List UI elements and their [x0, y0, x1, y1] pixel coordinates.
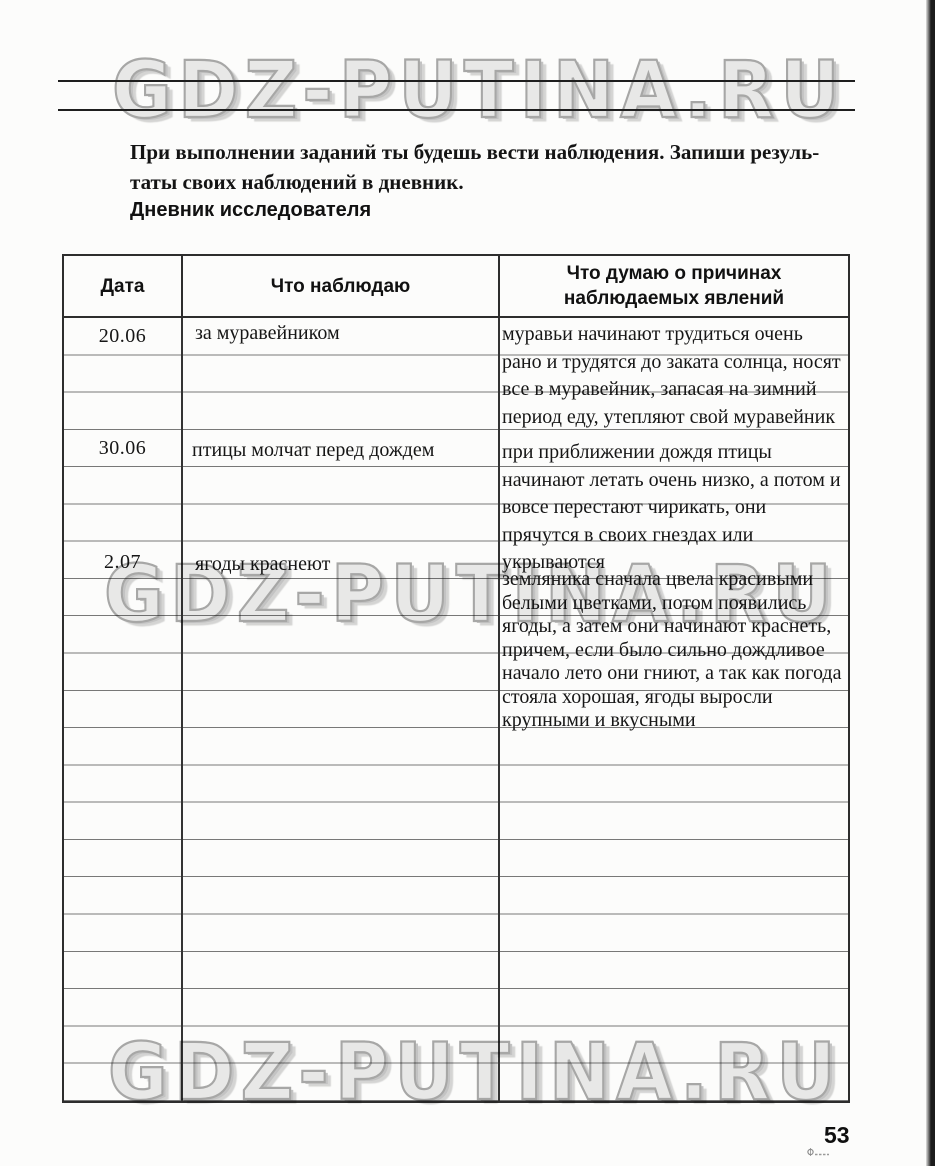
date-cell-row1: 20.06 — [64, 325, 181, 348]
table-header-row: Дата Что наблюдаю Что думаю о причинах н… — [64, 256, 848, 318]
writing-line-2 — [58, 109, 855, 111]
cause-cell-row2: при приближении дождя птицы начинают лет… — [502, 439, 846, 577]
header-cell-date: Дата — [64, 256, 183, 316]
intro-paragraph-line-1: При выполнении заданий ты будешь вести н… — [130, 137, 870, 167]
cause-cell-row3: земляника сначала цвела красивыми белыми… — [502, 568, 846, 733]
cause-cell-row1: муравьи начинают трудиться очень рано и … — [502, 321, 846, 431]
observation-cell-row2: птицы молчат перед дождем — [192, 439, 434, 462]
page-number: 53 — [824, 1122, 850, 1149]
observation-cell-row3: ягоды краснеют — [195, 553, 330, 576]
header-cell-observation: Что наблюдаю — [183, 256, 500, 316]
table-body: 20.06 за муравейником муравьи начинают т… — [64, 318, 848, 1101]
section-heading: Дневник исследователя — [130, 199, 371, 222]
watermark-top: GDZ-PUTINA.RU — [112, 44, 846, 136]
scan-edge-bar — [926, 0, 935, 1166]
intro-paragraph-line-2: таты своих наблюдений в дневник. — [130, 167, 870, 197]
column-divider-2 — [498, 318, 500, 1101]
date-cell-row2: 30.06 — [64, 437, 181, 460]
observation-cell-row1: за муравейником — [195, 322, 340, 345]
header-cell-cause: Что думаю о причинах наблюдаемых явлений — [500, 256, 848, 316]
observation-diary-table: Дата Что наблюдаю Что думаю о причинах н… — [62, 254, 850, 1103]
column-divider-1 — [181, 318, 183, 1101]
writing-line-1 — [58, 80, 855, 82]
date-cell-row3: 2.07 — [64, 551, 181, 574]
